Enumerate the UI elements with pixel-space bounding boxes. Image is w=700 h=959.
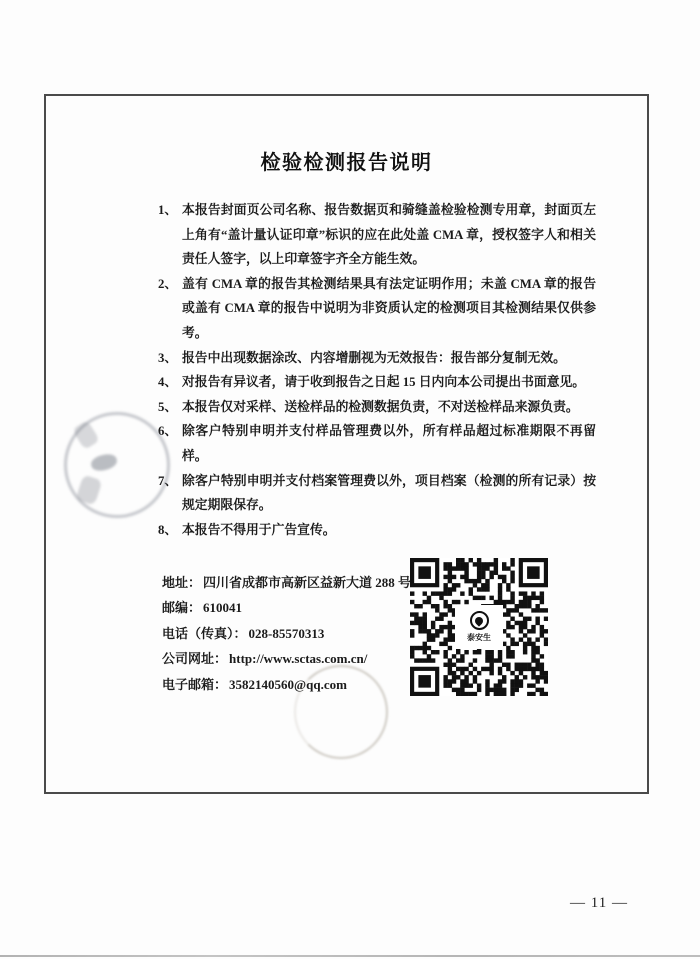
contact-label: 电子邮箱： [162,677,227,692]
contact-value: 028-85570313 [249,626,325,641]
contact-label: 地址： [162,575,201,590]
contact-label: 电话（传真）： [162,626,247,641]
contact-value: http://www.sctas.com.cn/ [229,651,367,666]
note-text: 报告中出现数据涂改、内容增删视为无效报告：报告部分复制无效。 [182,346,596,371]
note-number: 1、 [158,198,182,272]
contact-line-address: 地址：四川省成都市高新区益新大道 288 号 [162,570,411,595]
note-text: 本报告封面页公司名称、报告数据页和骑缝盖检验检测专用章，封面页左上角有“盖计量认… [182,198,596,272]
note-text: 除客户特别申明并支付样品管理费以外，所有样品超过标准期限不再留样。 [182,419,596,468]
qr-center-logo: 泰安生 [455,605,503,649]
note-item: 3、 报告中出现数据涂改、内容增删视为无效报告：报告部分复制无效。 [158,346,596,371]
note-number: 4、 [158,370,182,395]
note-item: 7、 除客户特别申明并支付档案管理费以外，项目档案（检测的所有记录）按规定期限保… [158,469,596,518]
seal-ghost-circle-icon [294,665,388,759]
note-item: 5、 本报告仅对采样、送检样品的检测数据负责，不对送检样品来源负责。 [158,395,596,420]
scanned-report-page: 检验检测报告说明 1、 本报告封面页公司名称、报告数据页和骑缝盖检验检测专用章，… [0,0,700,959]
contact-value: 610041 [203,600,242,615]
contact-line-website: 公司网址：http://www.sctas.com.cn/ [162,646,411,671]
note-item: 1、 本报告封面页公司名称、报告数据页和骑缝盖检验检测专用章，封面页左上角有“盖… [158,198,596,272]
contact-label: 邮编： [162,600,201,615]
note-text: 本报告仅对采样、送检样品的检测数据负责，不对送检样品来源负责。 [182,395,596,420]
note-item: 4、 对报告有异议者，请于收到报告之日起 15 日内向本公司提出书面意见。 [158,370,596,395]
page-number: — 11 — [570,895,628,912]
note-item: 8、 本报告不得用于广告宣传。 [158,518,596,543]
qr-center-label: 泰安生 [467,632,491,643]
notes-list: 1、 本报告封面页公司名称、报告数据页和骑缝盖检验检测专用章，封面页左上角有“盖… [158,198,596,542]
note-text: 对报告有异议者，请于收到报告之日起 15 日内向本公司提出书面意见。 [182,370,596,395]
contact-line-postcode: 邮编：610041 [162,595,411,620]
note-item: 6、 除客户特别申明并支付样品管理费以外，所有样品超过标准期限不再留样。 [158,419,596,468]
contact-label: 公司网址： [162,651,227,666]
contact-value: 四川省成都市高新区益新大道 288 号 [203,575,411,590]
round-stamp-ghost-icon [64,412,170,518]
note-text: 除客户特别申明并支付档案管理费以外，项目档案（检测的所有记录）按规定期限保存。 [182,469,596,518]
scan-paper-edge [0,955,700,957]
note-number: 8、 [158,518,182,543]
page-title: 检验检测报告说明 [46,146,647,175]
note-number: 2、 [158,272,182,346]
contact-line-phone: 电话（传真）：028-85570313 [162,621,411,646]
note-number: 5、 [158,395,182,420]
note-text: 盖有 CMA 章的报告其检测结果具有法定证明作用；未盖 CMA 章的报告或盖有 … [182,272,596,346]
note-number: 3、 [158,346,182,371]
qr-code: 泰安生 [410,558,548,696]
drop-logo-icon [470,611,489,630]
note-text: 本报告不得用于广告宣传。 [182,518,596,543]
note-item: 2、 盖有 CMA 章的报告其检测结果具有法定证明作用；未盖 CMA 章的报告或… [158,272,596,346]
